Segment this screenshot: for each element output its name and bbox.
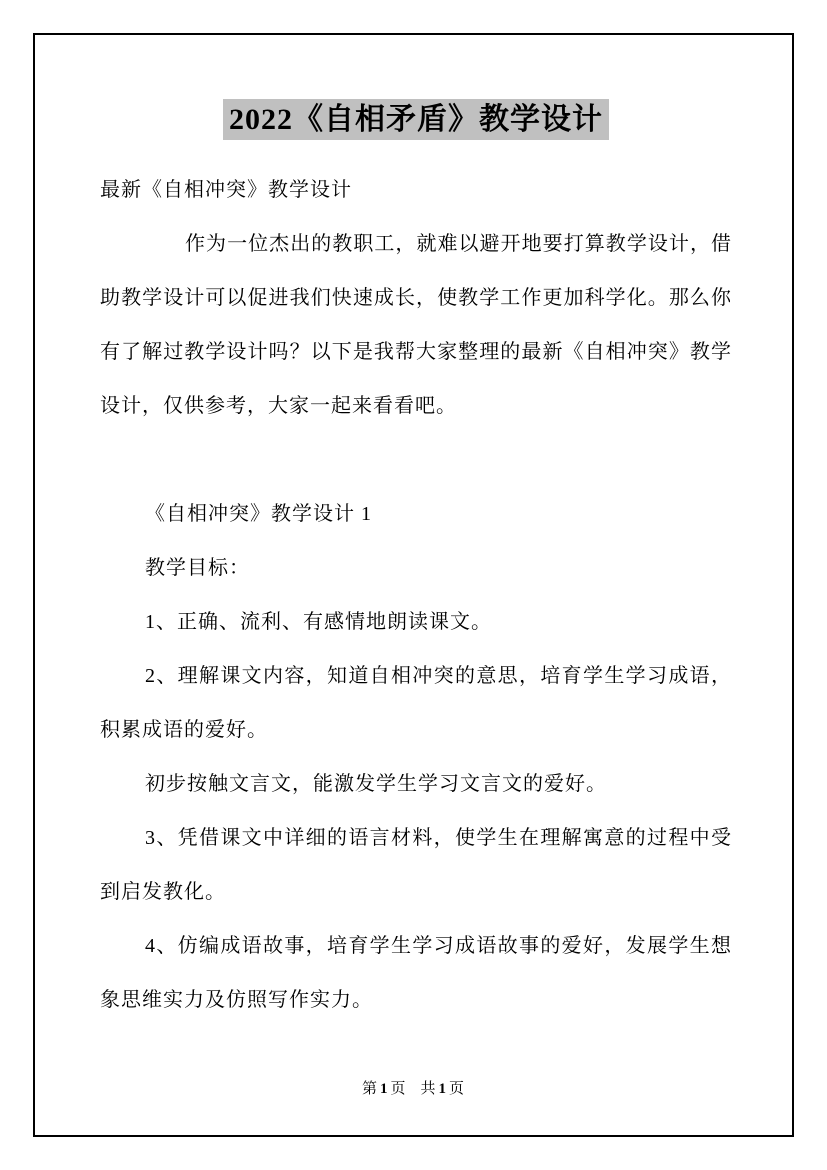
paragraph: 3、凭借课文中详细的语言材料，使学生在理解寓意的过程中受到启发教化。 bbox=[100, 811, 732, 919]
footer-current-page: 第1页 bbox=[362, 1081, 407, 1097]
footer-current-page-post: 页 bbox=[390, 1081, 406, 1097]
footer-total-pages-number: 1 bbox=[437, 1081, 450, 1097]
footer-total-pages-post: 页 bbox=[449, 1081, 465, 1097]
document-subtitle: 最新《自相冲突》教学设计 bbox=[100, 163, 732, 217]
footer-current-page-number: 1 bbox=[378, 1081, 391, 1097]
paragraph: 作为一位杰出的教职工，就难以避开地要打算教学设计，借助教学设计可以促进我们快速成… bbox=[100, 217, 732, 433]
document-body: 最新《自相冲突》教学设计 作为一位杰出的教职工，就难以避开地要打算教学设计，借助… bbox=[100, 163, 732, 1027]
paragraph: 2、理解课文内容，知道自相冲突的意思，培育学生学习成语，积累成语的爱好。 bbox=[100, 649, 732, 757]
title-highlight: 2022《自相矛盾》教学设计 bbox=[223, 99, 609, 140]
footer-total-pages: 共1页 bbox=[421, 1081, 466, 1097]
page-sheet: 2022《自相矛盾》教学设计 最新《自相冲突》教学设计 作为一位杰出的教职工，就… bbox=[33, 33, 794, 1137]
paragraph: 初步按触文言文，能激发学生学习文言文的爱好。 bbox=[100, 757, 732, 811]
document-content: 2022《自相矛盾》教学设计 最新《自相冲突》教学设计 作为一位杰出的教职工，就… bbox=[35, 35, 792, 1027]
section-heading: 《自相冲突》教学设计 1 bbox=[100, 487, 732, 541]
paragraph: 教学目标： bbox=[100, 541, 732, 595]
footer-current-page-pre: 第 bbox=[362, 1081, 378, 1097]
footer-total-pages-pre: 共 bbox=[421, 1081, 437, 1097]
page-footer: 第1页共1页 bbox=[35, 1079, 792, 1099]
document-title: 2022《自相矛盾》教学设计 bbox=[100, 100, 732, 140]
paragraph: 4、仿编成语故事，培育学生学习成语故事的爱好，发展学生想象思维实力及仿照写作实力… bbox=[100, 919, 732, 1027]
paragraph: 1、正确、流利、有感情地朗读课文。 bbox=[100, 595, 732, 649]
